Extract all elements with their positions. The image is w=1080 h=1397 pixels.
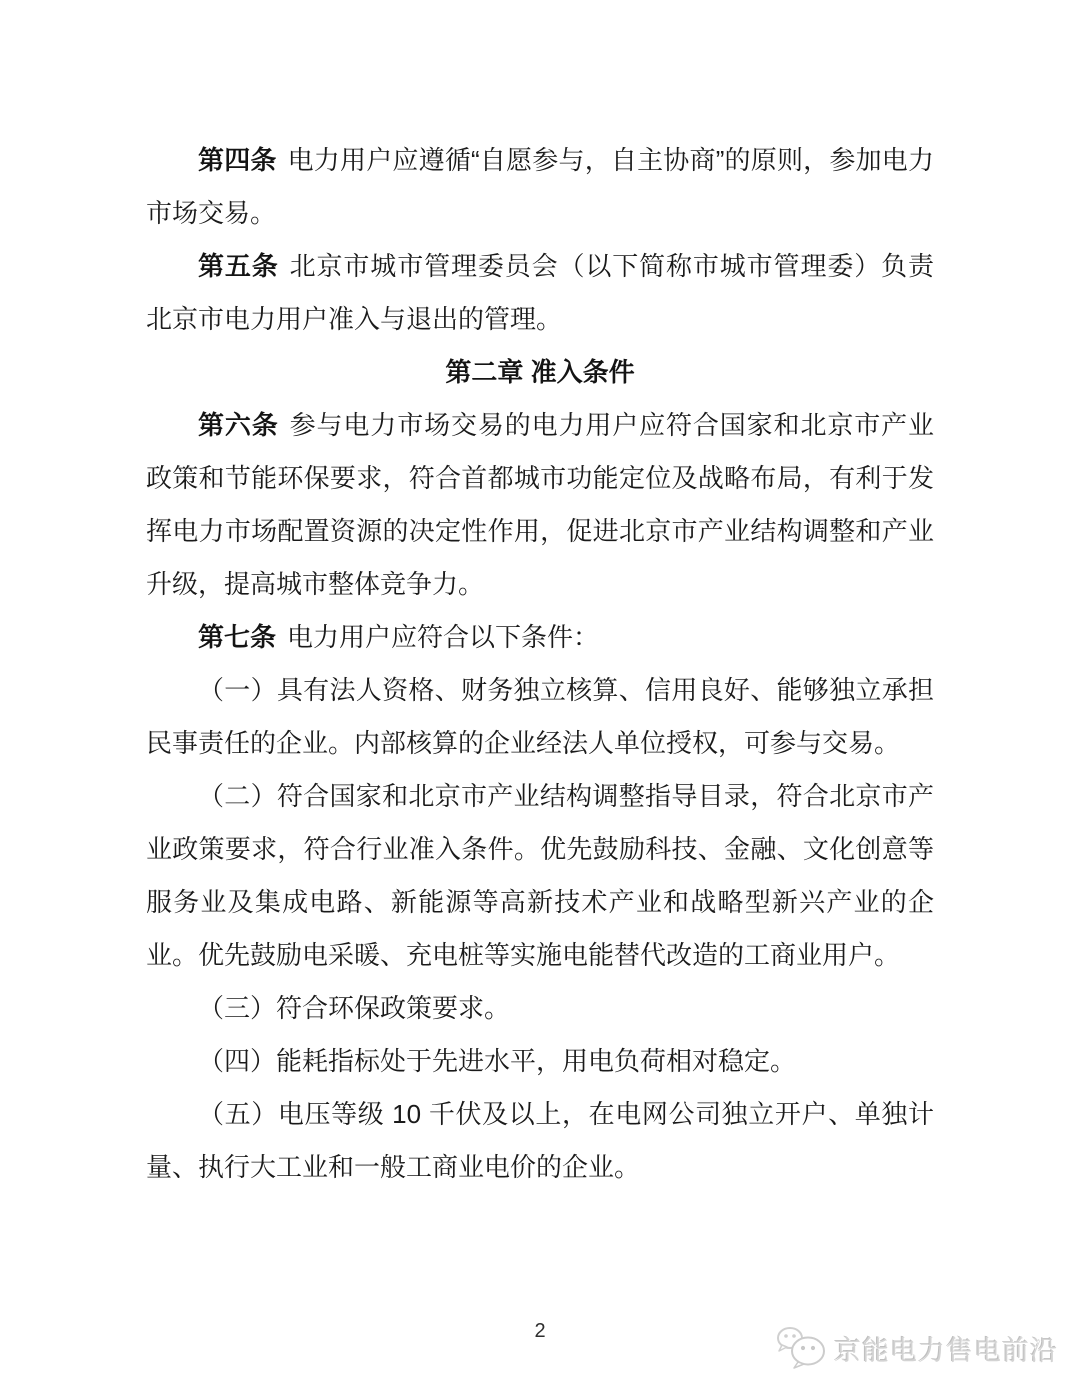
article-7-text: 电力用户应符合以下条件：	[287, 622, 599, 652]
article-7-paragraph: 第七条电力用户应符合以下条件：	[146, 611, 934, 664]
condition-5-text: （五）电压等级 10 千伏及以上，在电网公司独立开户、单独计量、执行大工业和一般…	[146, 1099, 934, 1182]
article-6-label: 第六条	[198, 410, 279, 440]
condition-1-paragraph: （一）具有法人资格、财务独立核算、信用良好、能够独立承担民事责任的企业。内部核算…	[146, 664, 934, 770]
article-6-paragraph: 第六条参与电力市场交易的电力用户应符合国家和北京市产业政策和节能环保要求，符合首…	[146, 399, 934, 611]
watermark-text: 京能电力售电前沿	[834, 1329, 1058, 1368]
condition-5-paragraph: （五）电压等级 10 千伏及以上，在电网公司独立开户、单独计量、执行大工业和一般…	[146, 1088, 934, 1194]
article-5-paragraph: 第五条北京市城市管理委员会（以下简称市城市管理委）负责北京市电力用户准入与退出的…	[146, 240, 934, 346]
wechat-icon	[776, 1326, 828, 1370]
watermark: 京能电力售电前沿	[776, 1326, 1058, 1370]
article-5-label: 第五条	[198, 251, 279, 281]
article-4-paragraph: 第四条电力用户应遵循“自愿参与，自主协商”的原则，参加电力市场交易。	[146, 134, 934, 240]
condition-3-paragraph: （三）符合环保政策要求。	[146, 982, 934, 1035]
condition-1-text: （一）具有法人资格、财务独立核算、信用良好、能够独立承担民事责任的企业。内部核算…	[146, 675, 934, 758]
document-page: 第四条电力用户应遵循“自愿参与，自主协商”的原则，参加电力市场交易。 第五条北京…	[0, 0, 1080, 1397]
condition-2-paragraph: （二）符合国家和北京市产业结构调整指导目录，符合北京市产业政策要求，符合行业准入…	[146, 770, 934, 982]
condition-3-text: （三）符合环保政策要求。	[198, 993, 510, 1023]
article-7-label: 第七条	[198, 622, 276, 652]
condition-2-text: （二）符合国家和北京市产业结构调整指导目录，符合北京市产业政策要求，符合行业准入…	[146, 781, 934, 970]
condition-4-paragraph: （四）能耗指标处于先进水平，用电负荷相对稳定。	[146, 1035, 934, 1088]
article-4-label: 第四条	[198, 145, 277, 175]
document-body: 第四条电力用户应遵循“自愿参与，自主协商”的原则，参加电力市场交易。 第五条北京…	[146, 134, 934, 1194]
chapter-2-heading: 第二章 准入条件	[146, 346, 934, 399]
condition-4-text: （四）能耗指标处于先进水平，用电负荷相对稳定。	[198, 1046, 796, 1076]
